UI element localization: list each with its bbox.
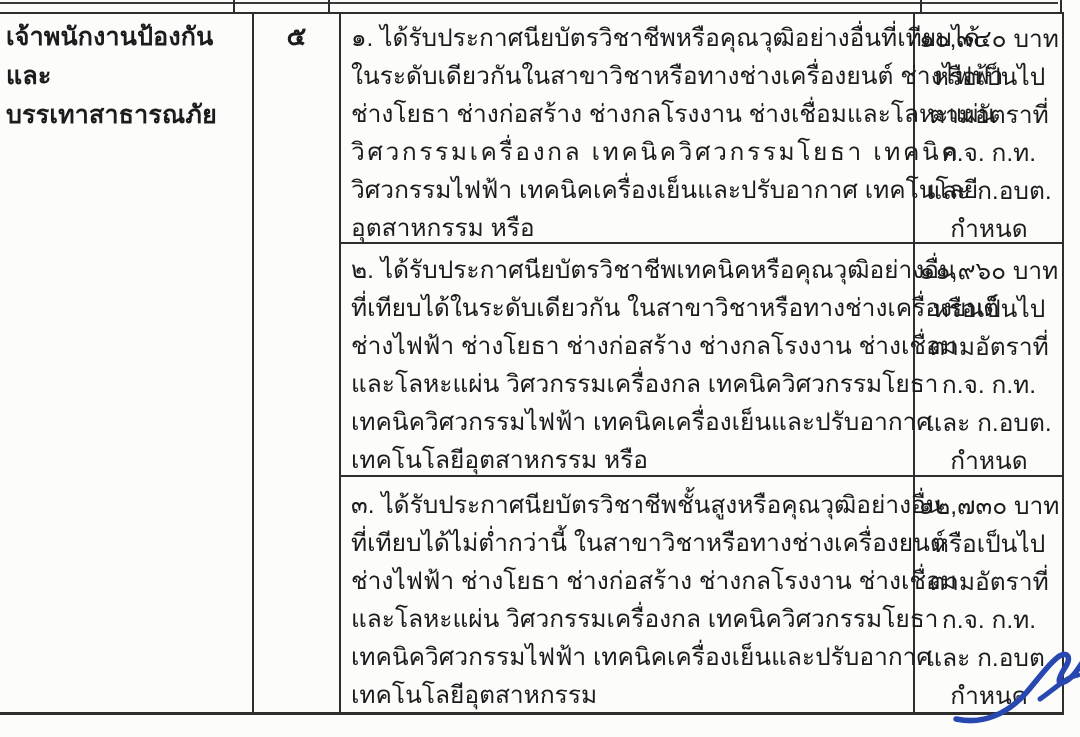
salary-line: ๑๑,๙๖๐ บาท xyxy=(915,253,1063,291)
qualification-line: ช่างไฟฟ้า ช่างโยธา ช่างก่อสร้าง ช่างกลโร… xyxy=(351,563,907,601)
qualification-line: ที่เทียบได้ไม่ต่ำกว่านี้ ในสาขาวิชาหรือท… xyxy=(351,525,907,563)
qualification-line: ช่างโยธา ช่างก่อสร้าง ช่างกลโรงงาน ช่างเ… xyxy=(351,96,907,134)
salary-line: ๑๐,๓๔๐ บาท xyxy=(915,21,1063,59)
qualification-line: ๒. ได้รับประกาศนียบัตรวิชาชีพเทคนิคหรือค… xyxy=(351,252,907,290)
qualification-line: ๓. ได้รับประกาศนียบัตรวิชาชีพชั้นสูงหรือ… xyxy=(351,487,907,525)
qualification-line: ช่างไฟฟ้า ช่างโยธา ช่างก่อสร้าง ช่างกลโร… xyxy=(351,328,907,366)
salary-cell-1: ๑๐,๓๔๐ บาท หรือเป็นไป ตามอัตราที่ ก.จ. ก… xyxy=(915,12,1063,242)
salary-line: ก.จ. ก.ท. xyxy=(915,367,1063,405)
salary-line: ตามอัตราที่ xyxy=(915,564,1063,602)
salary-line: ตามอัตราที่ xyxy=(915,329,1063,367)
qualification-line: เทคนิควิศวกรรมไฟฟ้า เทคนิคเครื่องเย็นและ… xyxy=(351,639,907,677)
qualification-line: ในระดับเดียวกันในสาขาวิชาหรือทางช่างเครื… xyxy=(351,58,907,96)
qualification-block-3: ๓. ได้รับประกาศนียบัตรวิชาชีพชั้นสูงหรือ… xyxy=(341,475,913,712)
qualification-block-2: ๒. ได้รับประกาศนียบัตรวิชาชีพเทคนิคหรือค… xyxy=(341,242,913,475)
signature-mark xyxy=(952,625,1080,737)
qualification-line: และโลหะแผ่น วิศวกรรมเครื่องกล เทคนิควิศว… xyxy=(351,601,907,639)
qualification-line: เทคนิควิศวกรรมไฟฟ้า เทคนิคเครื่องเย็นและ… xyxy=(351,404,907,442)
position-level-cell: ๕ xyxy=(254,16,339,57)
table-upper-row-bottom-line xyxy=(0,2,1058,4)
scanned-document-page: เจ้าพนักงานป้องกันและ บรรเทาสาธารณภัย ๕ … xyxy=(0,0,1080,737)
salary-line: และ ก.อบต. xyxy=(915,405,1063,443)
position-name-line: บรรเทาสาธารณภัย xyxy=(6,96,252,135)
qualification-line: ที่เทียบได้ในระดับเดียวกัน ในสาขาวิชาหรื… xyxy=(351,290,907,328)
salary-line: หรือเป็นไป xyxy=(915,291,1063,329)
salary-cell-2: ๑๑,๙๖๐ บาท หรือเป็นไป ตามอัตราที่ ก.จ. ก… xyxy=(915,242,1063,475)
salary-line: หรือเป็นไป xyxy=(915,526,1063,564)
salary-line: หรือเป็นไป xyxy=(915,59,1063,97)
salary-line: และ ก.อบต. xyxy=(915,173,1063,211)
qualification-line: และโลหะแผ่น วิศวกรรมเครื่องกล เทคนิควิศว… xyxy=(351,366,907,404)
qualification-line: วิศวกรรมไฟฟ้า เทคนิคเครื่องเย็นและปรับอา… xyxy=(351,172,907,210)
position-name-cell: เจ้าพนักงานป้องกันและ บรรเทาสาธารณภัย xyxy=(6,18,252,135)
qualification-line: วิศวกรรมเครื่องกล เทคนิควิศวกรรมโยธา เทค… xyxy=(351,134,907,172)
table-col-divider-1 xyxy=(252,12,254,714)
qualification-line: ๑. ได้รับประกาศนียบัตรวิชาชีพหรือคุณวุฒิ… xyxy=(351,20,907,58)
qualification-block-1: ๑. ได้รับประกาศนียบัตรวิชาชีพหรือคุณวุฒิ… xyxy=(341,12,913,242)
salary-line: ๑๒,๗๓๐ บาท xyxy=(915,488,1063,526)
position-name-line: เจ้าพนักงานป้องกันและ xyxy=(6,18,252,96)
qualification-line: เทคโนโลยีอุตสาหกรรม xyxy=(351,677,907,715)
salary-line: ก.จ. ก.ท. xyxy=(915,135,1063,173)
salary-line: ตามอัตราที่ xyxy=(915,97,1063,135)
